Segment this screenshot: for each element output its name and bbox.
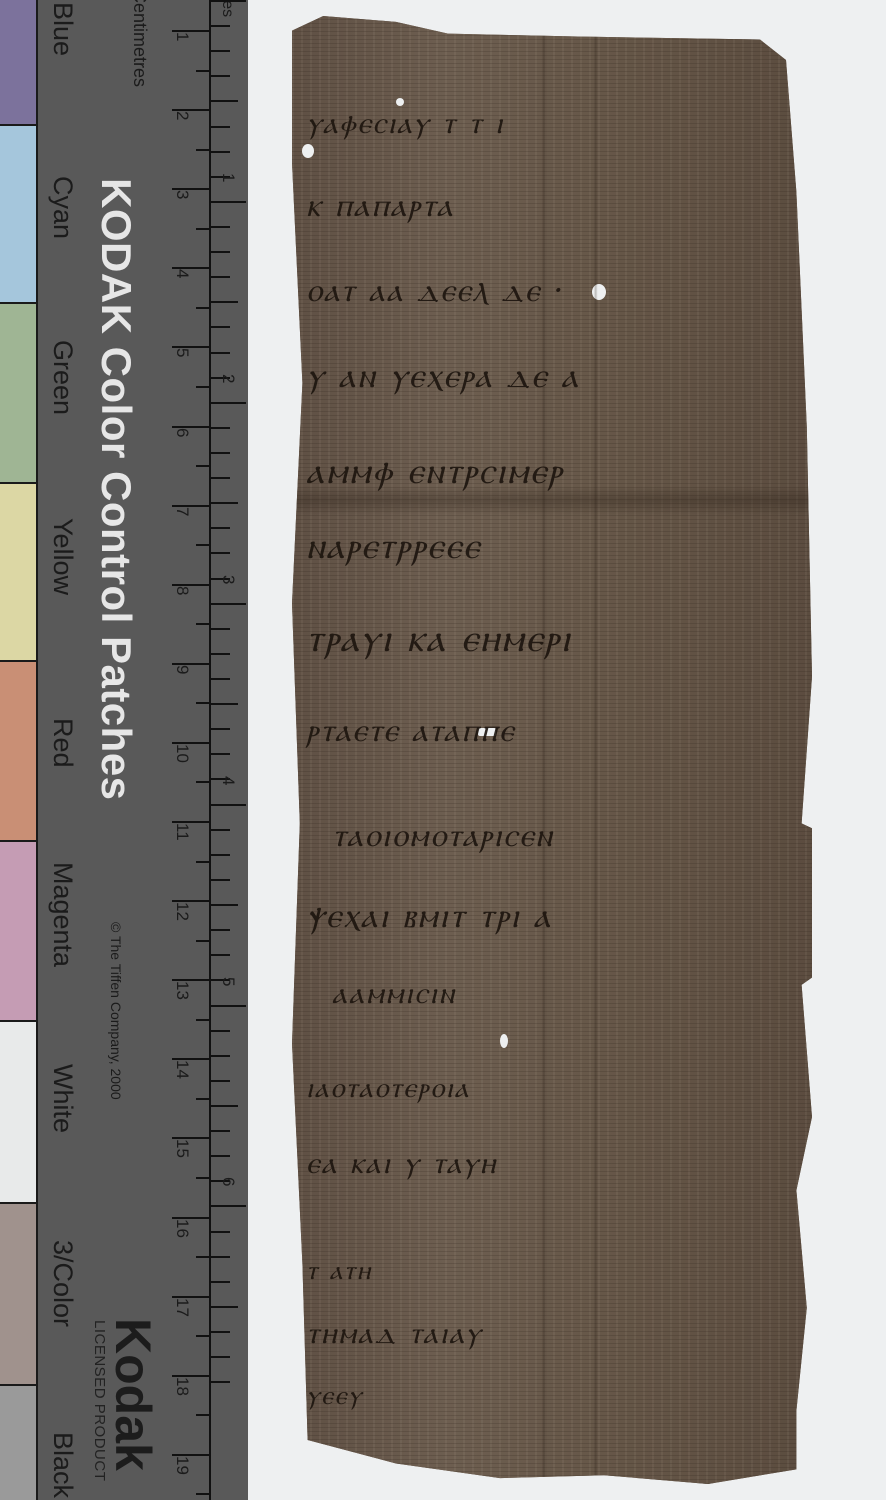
papyrus-text-line: ⲧⲣⲁⲩⲓ ⲕⲁ ⲉⲏⲙⲉⲣⲓ: [306, 616, 572, 661]
inches-label: Inches: [218, 0, 236, 17]
inch-tick: [210, 75, 230, 77]
patch-label-3color: 3/Color: [47, 1240, 78, 1327]
cm-tick: [196, 228, 210, 230]
cm-mark-label: 10: [172, 744, 192, 763]
inch-tick: [210, 151, 230, 153]
cm-tick: [196, 386, 210, 388]
cm-tick: [196, 149, 210, 151]
color-patch-green: [0, 304, 38, 484]
inch-tick: [210, 1030, 230, 1032]
inch-tick: [210, 1005, 246, 1007]
cm-mark-label: 3: [172, 190, 192, 199]
inch-tick: [210, 226, 230, 228]
inch-tick: [210, 1381, 230, 1383]
inch-tick: [210, 1306, 238, 1308]
papyrus-text-line: ⲕ ⲡⲁⲡⲁⲣⲧⲁ: [306, 186, 455, 225]
inch-mark-label: 1: [218, 173, 238, 182]
inch-tick: [210, 201, 246, 203]
cm-tick: [196, 465, 210, 467]
inch-tick: [210, 753, 230, 755]
cm-tick: [196, 70, 210, 72]
color-patch-yellow: [0, 484, 38, 662]
patch-label-black: Black: [47, 1432, 78, 1498]
inch-tick: [210, 1080, 230, 1082]
cm-tick: [196, 307, 210, 309]
cm-mark-label: 19: [172, 1456, 192, 1475]
kodak-color-strip: Blue Cyan Green Yellow Red Magenta White…: [0, 0, 248, 1500]
inch-tick: [210, 1356, 230, 1358]
patch-label-magenta: Magenta: [47, 862, 78, 967]
cm-mark-label: 7: [172, 507, 192, 516]
inch-tick: [210, 50, 230, 52]
cm-tick: [196, 1098, 210, 1100]
inch-tick: [210, 728, 230, 730]
cm-mark-label: 9: [172, 665, 192, 674]
inch-tick: [210, 1281, 230, 1283]
papyrus-text-line: ⲯⲉⲭⲁⲓ ⲃⲙⲓⲧ ⲧⲣⲓ ⲁ: [306, 896, 552, 936]
inch-tick: [210, 829, 230, 831]
inch-tick: [210, 477, 230, 479]
papyrus-text-line: ⲓⲁⲟⲧⲁⲟⲧⲉⲣⲟⲓⲁ: [306, 1071, 470, 1105]
cm-tick: [196, 861, 210, 863]
strip-title: KODAK Color Control Patches: [92, 178, 140, 801]
inch-tick: [210, 1055, 230, 1057]
papyrus-text-line: ⲩ ⲁⲛ ⲩⲉⲭⲉⲣⲁ ⲇⲉ ⲁ: [306, 356, 580, 396]
patch-label-cyan: Cyan: [47, 176, 78, 239]
papyrus-text-line: ⲧⲏⲙⲁⲇ ⲧⲁⲓⲁⲩ: [306, 1316, 483, 1351]
color-patch-black: [0, 1386, 38, 1500]
papyrus-text-line: ⲧⲁⲟⲓⲟⲙⲟⲧⲁⲣⲓⲥⲉⲛ: [332, 816, 554, 855]
patch-label-green: Green: [47, 340, 78, 415]
inch-tick: [210, 251, 230, 253]
papyrus-text-line: ⲩⲁⲫⲉⲥⲓⲁⲩ ⲧ ⲧ ⲓ: [306, 106, 504, 141]
inch-tick: [210, 678, 230, 680]
papyrus-text-line: ⲉⲁ ⲕⲁⲓ ⲩ ⲧⲁⲩⲏ: [306, 1146, 497, 1181]
inch-tick: [210, 1331, 230, 1333]
papyrus-text-line: ⲩⲉⲉⲩ: [306, 1381, 363, 1412]
cm-mark-label: 5: [172, 348, 192, 357]
inch-tick: [210, 502, 238, 504]
cm-mark-label: 18: [172, 1377, 192, 1396]
inch-tick: [210, 1256, 230, 1258]
inch-tick: [210, 929, 230, 931]
patch-label-blue: Blue: [47, 2, 78, 56]
inch-tick: [210, 427, 230, 429]
inch-tick: [210, 1105, 238, 1107]
inch-mark-label: 4: [218, 776, 238, 785]
inch-tick: [210, 527, 230, 529]
inch-tick: [210, 1155, 230, 1157]
inch-tick: [210, 628, 230, 630]
cm-mark-label: 13: [172, 981, 192, 1000]
patch-label-yellow: Yellow: [47, 518, 78, 595]
cm-tick: [196, 702, 210, 704]
papyrus-text-line: ⲧ ⲁⲧⲏ: [306, 1256, 372, 1287]
inch-tick: [210, 804, 246, 806]
inch-mark-label: 3: [218, 575, 238, 584]
inch-tick: [210, 904, 238, 906]
cm-tick: [196, 1335, 210, 1337]
centimetres-label: Centimetres: [129, 0, 150, 87]
inch-tick: [210, 854, 230, 856]
papyrus-hole: [302, 144, 314, 158]
cm-tick: [196, 544, 210, 546]
color-patch-magenta: [0, 842, 38, 1022]
inch-tick: [210, 1130, 230, 1132]
inch-tick: [210, 326, 230, 328]
color-patch-white: [0, 1022, 38, 1204]
inch-tick: [210, 100, 238, 102]
cm-tick: [196, 1493, 210, 1495]
cm-mark-label: 15: [172, 1139, 192, 1158]
inch-tick: [210, 653, 230, 655]
inch-tick: [210, 954, 230, 956]
inch-mark-label: 5: [218, 977, 238, 986]
cm-mark-label: 6: [172, 428, 192, 437]
cm-tick: [196, 1177, 210, 1179]
cm-mark-label: 17: [172, 1298, 192, 1317]
inch-tick: [210, 552, 230, 554]
cm-tick: [196, 1414, 210, 1416]
cm-mark-label: 11: [172, 823, 192, 841]
cm-mark-label: 1: [172, 32, 192, 41]
papyrus-text-line: ⲟⲁⲧ ⲁⲁ ⲇⲉⲉⲗ ⲇⲉ ·: [306, 271, 565, 310]
color-patch-3color: [0, 1204, 38, 1386]
licensed-product-text: LICENSED PRODUCT: [91, 1320, 108, 1481]
kodak-logo: Kodak: [104, 1318, 162, 1471]
papyrus-text-line: ⲁⲁⲙⲙⲓⲥⲓⲛ: [332, 976, 456, 1011]
cm-mark-label: 16: [172, 1219, 192, 1238]
papyrus-hole: [396, 98, 404, 106]
inch-tick: [210, 276, 230, 278]
papyrus-text-line: ⲣⲧⲁⲉⲧⲉ ⲁⲧⲁⲡⲡⲉ: [306, 711, 515, 750]
inch-tick: [210, 452, 230, 454]
papyrus-text-line: ⲁⲙⲙⲫ ⲉⲛⲧⲣⲥⲓⲙⲉⲣ: [306, 451, 564, 493]
copyright-text: © The Tiffen Company, 2000: [108, 922, 124, 1100]
papyrus-hole: [500, 1034, 508, 1048]
cm-tick: [196, 1019, 210, 1021]
inch-tick: [210, 0, 246, 2]
inch-mark-label: 2: [218, 374, 238, 383]
cm-mark-label: 8: [172, 586, 192, 595]
inch-tick: [210, 402, 246, 404]
cm-mark-label: 14: [172, 1060, 192, 1079]
cm-mark-label: 4: [172, 269, 192, 278]
inch-tick: [210, 126, 230, 128]
color-patch-red: [0, 662, 38, 842]
cm-mark-label: 12: [172, 902, 192, 921]
inch-tick: [210, 301, 238, 303]
color-patch-blue: [0, 0, 38, 126]
cm-mark-label: 2: [172, 111, 192, 120]
color-patch-cyan: [0, 126, 38, 304]
papyrus-fragment: ⲩⲁⲫⲉⲥⲓⲁⲩ ⲧ ⲧ ⲓⲕ ⲡⲁⲡⲁⲣⲧⲁⲟⲁⲧ ⲁⲁ ⲇⲉⲉⲗ ⲇⲉ ·ⲩ…: [292, 16, 812, 1484]
inch-tick: [210, 25, 230, 27]
ruler-line: [209, 0, 211, 1500]
patch-label-red: Red: [47, 718, 78, 768]
papyrus-hole: [592, 284, 606, 300]
inch-tick: [210, 352, 230, 354]
inch-tick: [210, 1205, 246, 1207]
inch-tick: [210, 1231, 230, 1233]
inch-tick: [210, 703, 238, 705]
inch-mark-label: 6: [218, 1177, 238, 1186]
patch-label-white: White: [47, 1064, 78, 1133]
cm-tick: [196, 1256, 210, 1258]
inch-tick: [210, 603, 246, 605]
inch-tick: [210, 879, 230, 881]
cm-tick: [196, 940, 210, 942]
cm-tick: [196, 623, 210, 625]
papyrus-text-line: ⲛⲁⲣⲉⲧⲣⲣⲉⲉⲉ: [306, 526, 481, 568]
cm-tick: [196, 781, 210, 783]
